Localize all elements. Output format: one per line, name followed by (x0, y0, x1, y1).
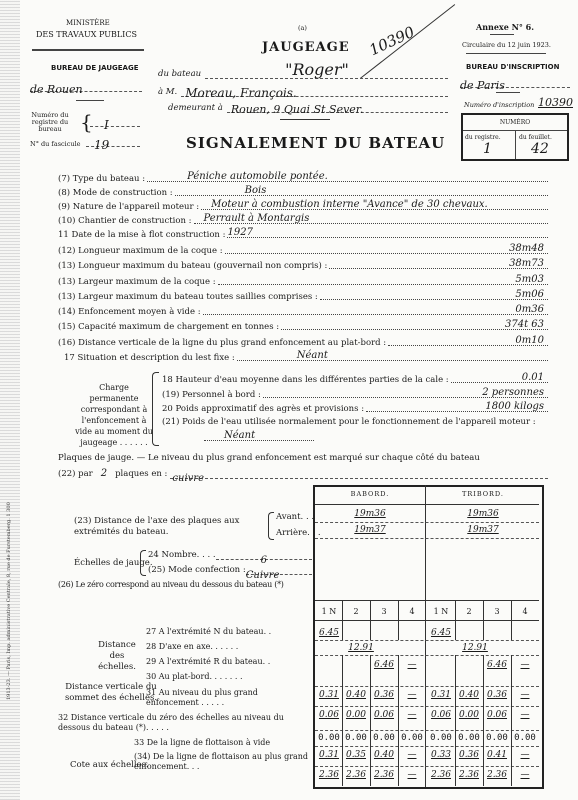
table-cell: — (401, 770, 423, 780)
field-row: (12) Longueur maximum de la coque :38m48 (58, 244, 550, 256)
field-row: (16) Distance verticale de la ligne du p… (58, 336, 550, 348)
charge-item-value: 2 personnes (482, 387, 544, 398)
bureau-inscription-value: de Paris (460, 79, 505, 92)
table-row-label: 32 Distance verticale du zéro des échell… (58, 713, 313, 733)
field-line: Péniche automobile pontée. (147, 171, 548, 182)
grid-rule (315, 640, 539, 641)
table-cell: 0.00 (486, 733, 508, 743)
column-header: 1 N (427, 607, 455, 616)
ornament-rule (280, 119, 330, 120)
field-value: 0m10 (515, 335, 544, 346)
grid-column-line (342, 600, 343, 640)
distance-echelles-label: Distance des échelles. (92, 640, 142, 673)
demeurant-field: Rouen, 9 Quai St Sever. (227, 98, 448, 113)
field-label: (13) Largeur maximum de la coque : (58, 277, 216, 287)
registre-label: Numéro du registre du bureau (28, 112, 72, 133)
table-cell: 0.00 (345, 733, 367, 743)
field-value: 374t 63 (505, 319, 544, 330)
charge-item-label: 20 Poids approximatif des agrès et provi… (162, 404, 364, 414)
avant-babord: 19m36 (345, 509, 395, 519)
tribord-header: TRIBORD. (427, 490, 539, 498)
table-cell: 0.00 (458, 710, 480, 720)
field-row: (13) Largeur maximum de la coque :5m03 (58, 275, 550, 287)
table-cell: 0.35 (345, 750, 367, 760)
plaques-material-field: cuivre (170, 466, 548, 479)
nombre-label: 24 Nombre. . . . (148, 550, 216, 560)
table-row-label: 28 D'axe en axe. . . . . . (146, 642, 238, 651)
field-line: 38m73 (329, 258, 548, 269)
table-row-label: 33 De la ligne de flottaison à vide (134, 738, 270, 747)
table-cell: — (401, 690, 423, 700)
printer-imprint: 1913-23. — Paris, Imp. administrative Ce… (6, 520, 12, 700)
grid-column-line (342, 655, 343, 786)
registre-value: I (104, 118, 109, 132)
field-label: (7) Type du bateau : (58, 174, 145, 184)
table-cell: 6.45 (430, 628, 452, 638)
du-bateau-field: "Roger" (205, 60, 448, 79)
charge-item: (21) Poids de l'eau utilisée normalement… (162, 416, 550, 442)
plaques-text: Plaques de jauge. — Le niveau du plus gr… (58, 453, 480, 463)
table-cell: 2.36 (430, 770, 452, 780)
avant-tribord: 19m36 (458, 509, 508, 519)
field-value: Néant (297, 350, 328, 361)
charge-item-line: 1800 kilogs (366, 401, 548, 412)
table-cell: 0.00 (458, 733, 480, 743)
field-label: (10) Chantier de construction : (58, 216, 192, 226)
table-cell: 0.00 (401, 733, 423, 743)
table-cell: 0.00 (514, 733, 536, 743)
ministry-line2: DES TRAVAUX PUBLICS (36, 30, 137, 39)
plaques-mid: plaques en : (115, 469, 167, 479)
grid-column-line (398, 600, 399, 640)
page-mark: (a) (298, 24, 307, 32)
table-cell: 0.36 (458, 750, 480, 760)
numero-inscription-value: 10390 (538, 96, 573, 109)
table-cell: 0.31 (318, 690, 340, 700)
field-label: (14) Enfoncement moyen à vide : (58, 307, 201, 317)
table-cell: 0.06 (318, 710, 340, 720)
table-cell: — (514, 770, 536, 780)
bateau-row: du bateau "Roger" (158, 60, 448, 79)
fascicule-value: 19 (94, 138, 109, 152)
arriere-rule (315, 538, 539, 539)
field-line: 1927 (227, 227, 548, 238)
table-cell: 0.36 (373, 690, 395, 700)
field-row: (9) Nature de l'appareil moteur :Moteur … (58, 200, 550, 212)
annexe-label: Annexe N° 6. (476, 22, 534, 32)
grid-rule (315, 730, 539, 731)
demeurant-row: demeurant à Rouen, 9 Quai St Sever. (168, 98, 448, 113)
feuillet-col-label: du feuillet. (519, 134, 552, 141)
field-line: Bois (175, 185, 548, 196)
table-cell: 2.36 (373, 770, 395, 780)
table-row-label: 29 A l'extrémité R du bateau. . (146, 657, 270, 666)
grid-column-line (483, 600, 484, 640)
du-bateau-label: du bateau (158, 69, 201, 79)
grid-rule (315, 706, 539, 707)
field-value: Moteur à combustion interne "Avance" de … (211, 199, 488, 210)
bureau-jaugeage-field: de Rouen (30, 78, 142, 92)
a-m-label: à M. (158, 87, 177, 97)
babord-header: BABORD. (315, 490, 425, 498)
field-value: Bois (245, 185, 267, 196)
mode-row: (25) Mode confection : Cuivre (148, 563, 312, 575)
table-cell: 0.31 (430, 690, 452, 700)
table-cell: 0.40 (345, 690, 367, 700)
field-row: (7) Type du bateau :Péniche automobile p… (58, 172, 550, 184)
field-value: 0m36 (515, 304, 544, 315)
field-row: (14) Enfoncement moyen à vide :0m36 (58, 305, 550, 317)
table-cell: — (401, 710, 423, 720)
field-line: 5m03 (218, 274, 548, 285)
arriere-babord: 19m37 (345, 525, 395, 535)
field-value: 38m73 (509, 258, 544, 269)
table-cell: — (514, 750, 536, 760)
field-line: Moteur à combustion interne "Avance" de … (201, 199, 548, 210)
field-row: 11 Date de la mise à flot construction :… (58, 228, 550, 240)
table-row-label: 31 Au niveau du plus grand enfoncement .… (146, 688, 313, 708)
section-title: SIGNALEMENT DU BATEAU (186, 134, 445, 152)
table-cell: 6.46 (373, 660, 395, 670)
field-line: 374t 63 (281, 319, 548, 330)
grid-column-line (370, 600, 371, 640)
numero-box: NUMÉRO du registre. du feuillet. 1 42 (461, 113, 569, 161)
numero-inscription-label: Numéro d'inscription (464, 101, 534, 109)
table-row-label: 30 Au plat-bord. . . . . . . (146, 672, 243, 681)
column-header: 1 N (315, 607, 343, 616)
grid-column-line (455, 655, 456, 786)
table-cell: 0.06 (486, 710, 508, 720)
table-cell: 0.31 (318, 750, 340, 760)
field-label: (8) Mode de construction : (58, 188, 173, 198)
axe-brace (268, 512, 274, 540)
table-cell: 6.45 (318, 628, 340, 638)
field-label: (12) Longueur maximum de la coque : (58, 246, 223, 256)
field-line: Néant (237, 350, 548, 361)
nombre-row: 24 Nombre. . . . 6 (148, 548, 312, 560)
mode-label: (25) Mode confection : (148, 565, 246, 575)
field-row: (10) Chantier de construction :Perrault … (58, 214, 550, 226)
field-value: Perrault à Montargis (204, 213, 310, 224)
charge-item-line: 0.01 (451, 372, 548, 383)
axe-distance-value: 12.91 (336, 643, 386, 653)
table-cell: 2.36 (486, 770, 508, 780)
field-line: 0m36 (203, 304, 548, 315)
table-cell: 0.40 (373, 750, 395, 760)
ministry-rule (32, 49, 144, 51)
column-header: 4 (511, 607, 539, 616)
field-line: 5m06 (320, 289, 548, 300)
column-header: 3 (370, 607, 398, 616)
distance-axe-label: (23) Distance de l'axe des plaques aux e… (74, 516, 279, 538)
charge-item-line: Néant (204, 430, 314, 441)
bureau-inscription-label: BUREAU D'INSCRIPTION (466, 63, 559, 71)
inscription-rule (496, 92, 520, 93)
table-cell: 0.00 (373, 733, 395, 743)
grid-rule (315, 620, 539, 621)
charge-item-value: Néant (224, 430, 255, 441)
charge-item: 20 Poids approximatif des agrès et provi… (162, 402, 550, 414)
column-header: 2 (342, 607, 370, 616)
table-cell: 0.00 (430, 733, 452, 743)
table-cell: — (401, 750, 423, 760)
field-label: 11 Date de la mise à flot construction : (58, 230, 225, 240)
field-row: (15) Capacité maximum de chargement en t… (58, 320, 550, 332)
table-cell: — (514, 690, 536, 700)
table-cell: — (514, 710, 536, 720)
field-value: 5m06 (515, 289, 544, 300)
grid-rule (315, 746, 539, 747)
field-row: (13) Longueur maximum du bateau (gouvern… (58, 259, 550, 271)
numero-box-title: NUMÉRO (463, 119, 567, 126)
grid-column-line (511, 655, 512, 786)
field-value: Péniche automobile pontée. (187, 171, 328, 182)
field-row: 17 Situation et description du lest fixe… (64, 351, 550, 363)
table-cell: 2.36 (345, 770, 367, 780)
table-cell: 0.00 (345, 710, 367, 720)
feuillet-col-value: 42 (531, 141, 549, 157)
charge-item-value: 1800 kilogs (485, 401, 544, 412)
short-rule (76, 100, 104, 101)
field-label: (15) Capacité maximum de chargement en t… (58, 322, 279, 332)
grid-column-line (398, 655, 399, 786)
axe-distance-value: 12.91 (450, 643, 500, 653)
grid-rule (315, 766, 539, 767)
charge-item-label: (19) Personnel à bord : (162, 390, 261, 400)
charge-item-line: 2 personnes (263, 387, 548, 398)
table-cell: 6.46 (486, 660, 508, 670)
nombre-field: 6 (216, 548, 312, 560)
registre-field: I (90, 114, 140, 127)
column-header: 4 (398, 607, 426, 616)
arriere-tribord: 19m37 (458, 525, 508, 535)
table-cell: 2.36 (318, 770, 340, 780)
field-line: Perrault à Montargis (194, 213, 549, 224)
charge-item-value: 0.01 (522, 372, 544, 383)
babord-tribord-divider (425, 485, 426, 787)
document-title: JAUGEAGE (262, 40, 350, 55)
table-cell: 0.40 (458, 690, 480, 700)
table-cell: — (514, 660, 536, 670)
field-value: 38m48 (509, 243, 544, 254)
charge-brace (152, 372, 159, 446)
fascicule-label: N° du fascicule (30, 140, 81, 148)
table-cell: 0.06 (373, 710, 395, 720)
field-value: 5m03 (515, 274, 544, 285)
field-label: 17 Situation et description du lest fixe… (64, 353, 235, 363)
field-line: 0m10 (388, 335, 548, 346)
echelles-brace (140, 550, 146, 576)
demeurant-label: demeurant à (168, 103, 223, 113)
avant-rule (315, 522, 539, 523)
wave-rule (315, 600, 539, 601)
table-cell: — (401, 660, 423, 670)
field-row: (8) Mode de construction :Bois (58, 186, 550, 198)
column-header: 2 (455, 607, 483, 616)
grid-column-line (483, 655, 484, 786)
grid-column-line (511, 600, 512, 640)
fascicule-field: 19 (86, 134, 140, 147)
plaques-count: 2 (101, 468, 107, 479)
zero-label: (26) Le zéro correspond au niveau du des… (58, 580, 284, 589)
proprietaire-row: à M. Moreau, François. (158, 82, 448, 97)
charge-group-label: Charge permanente correspondant à l'enfo… (74, 382, 154, 448)
table-cell: 0.41 (486, 750, 508, 760)
column-header: 3 (483, 607, 511, 616)
plaques-material: cuivre (172, 473, 204, 484)
charge-item: (19) Personnel à bord :2 personnes (162, 388, 550, 400)
field-label: (16) Distance verticale de la ligne du p… (58, 338, 386, 348)
table-cell: 0.00 (318, 733, 340, 743)
circulaire-label: Circulaire du 12 juin 1923. (462, 41, 551, 49)
demeurant-value: Rouen, 9 Quai St Sever. (231, 103, 364, 116)
charge-item-label: 18 Hauteur d'eau moyenne dans les différ… (162, 375, 449, 385)
annexe-rule (490, 34, 514, 35)
grid-rule (315, 655, 539, 656)
header-rule (315, 504, 539, 505)
ministry-line1: MINISTÈRE (66, 19, 110, 27)
field-value: 1927 (227, 227, 252, 238)
grid-rule (315, 686, 539, 687)
circulaire-rule (466, 53, 546, 54)
mode-field: Cuivre (246, 563, 312, 575)
plaques-prefix: (22) par (58, 469, 93, 479)
table-cell: 0.36 (486, 690, 508, 700)
bureau-jaugeage-label: BUREAU DE JAUGEAGE (51, 64, 139, 72)
bureau-jaugeage-value: de Rouen (30, 83, 83, 96)
du-bateau-value: "Roger" (285, 60, 349, 79)
registre-col-value: 1 (483, 141, 492, 157)
field-row: (13) Largeur maximum du bateau toutes sa… (58, 290, 550, 302)
grid-column-line (370, 655, 371, 786)
field-label: (9) Nature de l'appareil moteur : (58, 202, 199, 212)
grid-column-line (455, 600, 456, 640)
bureau-inscription-field: de Paris (460, 74, 570, 88)
field-line: 38m48 (225, 243, 548, 254)
plaques-row: (22) par 2 plaques en : cuivre (58, 466, 548, 479)
field-label: (13) Largeur maximum du bateau toutes sa… (58, 292, 318, 302)
registre-col-label: du registre. (465, 134, 501, 141)
field-label: (13) Longueur maximum du bateau (gouvern… (58, 261, 327, 271)
table-cell: 0.33 (430, 750, 452, 760)
a-m-field: Moreau, François. (181, 82, 448, 97)
table-cell: 2.36 (458, 770, 480, 780)
charge-item-label: (21) Poids de l'eau utilisée normalement… (162, 416, 550, 429)
table-row-label: 27 A l'extrémité N du bateau. . (146, 627, 271, 636)
avant-label: Avant. . . (276, 512, 314, 522)
charge-item: 18 Hauteur d'eau moyenne dans les différ… (162, 373, 550, 385)
table-row-label: (34) De la ligne de flottaison au plus g… (134, 752, 313, 772)
table-cell: 0.06 (430, 710, 452, 720)
